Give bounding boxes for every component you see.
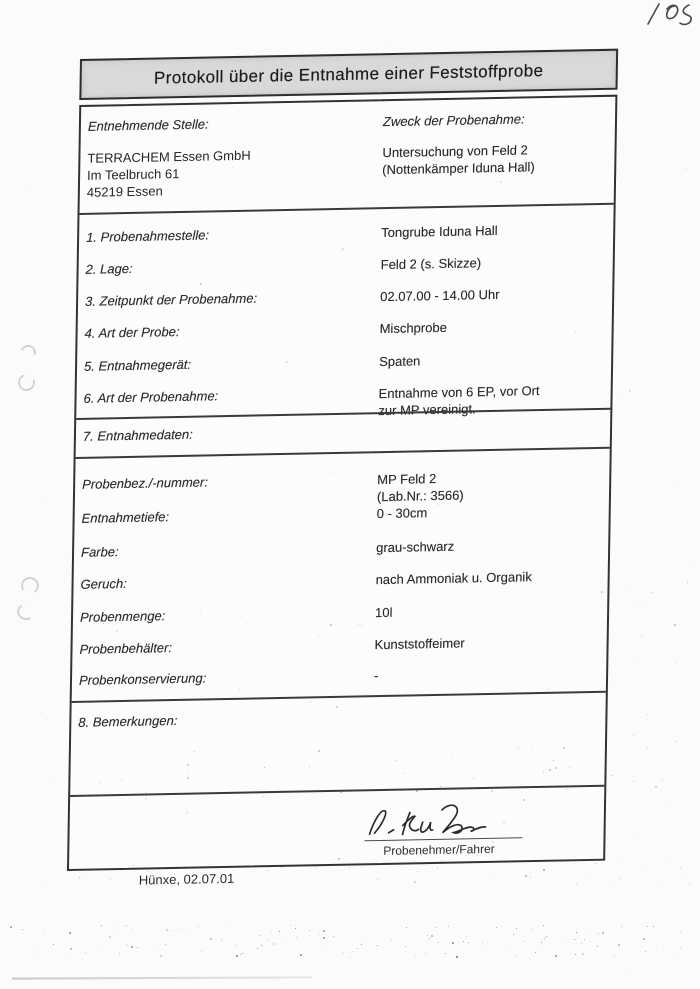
scan-noise-speck: [343, 952, 344, 953]
scan-noise-speck: [626, 585, 627, 586]
hole-punch-mark: [18, 343, 38, 363]
scan-noise-speck: [236, 955, 238, 957]
label-art-der-probenahme: 6. Art der Probenahme:: [83, 388, 218, 406]
value-probenahmestelle: Tongrube Iduna Hall: [381, 222, 498, 241]
scan-noise-speck: [133, 865, 134, 866]
scan-noise-speck: [100, 782, 101, 783]
scan-noise-speck: [440, 860, 441, 861]
scan-noise-speck: [158, 945, 159, 946]
scan-noise-speck: [165, 944, 166, 945]
scan-noise-speck: [614, 883, 615, 884]
scan-noise-speck: [324, 951, 325, 952]
scan-noise-speck: [415, 348, 416, 349]
scan-noise-speck: [223, 761, 224, 762]
scan-noise-speck: [687, 874, 688, 875]
scan-noise-speck: [187, 769, 188, 770]
scan-noise-speck: [323, 930, 325, 932]
scan-noise-speck: [657, 881, 658, 882]
scan-noise-speck: [69, 956, 70, 957]
scan-noise-speck: [492, 852, 493, 853]
scan-noise-speck: [319, 934, 320, 935]
label-bemerkungen: 8. Bemerkungen:: [78, 713, 177, 730]
scan-noise-speck: [685, 168, 687, 170]
scan-noise-speck: [121, 779, 122, 780]
scan-noise-speck: [415, 956, 416, 957]
scan-noise-speck: [166, 929, 168, 931]
scan-noise-speck: [525, 875, 527, 877]
scanned-document-page: { "page_number": "105", "title": "Protok…: [0, 0, 700, 989]
scan-noise-speck: [336, 706, 338, 708]
scan-noise-speck: [584, 933, 585, 934]
scan-noise-speck: [647, 747, 648, 748]
scan-noise-speck: [256, 793, 257, 794]
scan-noise-speck: [633, 605, 634, 606]
label-probenbehaelter: Probenbehälter:: [79, 640, 172, 657]
scan-noise-speck: [28, 606, 29, 607]
scan-noise-speck: [655, 786, 657, 788]
scan-noise-speck: [647, 926, 648, 927]
scan-noise-speck: [290, 925, 291, 926]
scan-noise-speck: [443, 700, 444, 701]
scan-noise-speck: [376, 878, 377, 879]
place-and-date: Hünxe, 02.07.01: [139, 871, 235, 888]
label-probenmenge: Probenmenge:: [80, 608, 166, 625]
scan-artifact-line: [12, 976, 312, 979]
scan-noise-speck: [229, 925, 230, 926]
scan-noise-speck: [264, 767, 265, 768]
scan-noise-speck: [523, 799, 525, 801]
scan-noise-speck: [101, 947, 102, 948]
scan-noise-speck: [452, 942, 454, 944]
scan-noise-speck: [646, 604, 647, 605]
scan-noise-speck: [316, 867, 317, 868]
scan-noise-speck: [576, 932, 577, 933]
scan-noise-speck: [542, 948, 543, 949]
scan-noise-speck: [515, 955, 516, 956]
scan-noise-speck: [192, 879, 193, 880]
scan-noise-speck: [235, 945, 236, 946]
scan-noise-speck: [551, 515, 553, 517]
scan-noise-speck: [358, 624, 359, 625]
scan-noise-speck: [323, 937, 325, 939]
scan-noise-speck: [267, 860, 268, 861]
scan-noise-speck: [575, 331, 576, 332]
scan-noise-speck: [598, 933, 599, 934]
scan-noise-speck: [231, 884, 232, 885]
form-title-bar: Protokoll über die Entnahme einer Festst…: [79, 49, 618, 100]
scan-noise-speck: [448, 926, 449, 927]
scan-noise-speck: [142, 760, 143, 761]
divider: [72, 691, 606, 703]
scan-noise-speck: [309, 930, 310, 931]
scan-noise-speck: [433, 551, 434, 552]
scan-noise-speck: [646, 869, 647, 870]
scan-noise-speck: [167, 774, 168, 775]
value-zeitpunkt: 02.07.00 - 14.00 Uhr: [380, 286, 500, 305]
label-entnehmende-stelle: Entnehmende Stelle:: [88, 117, 209, 134]
scan-noise-speck: [101, 925, 102, 926]
scan-noise-speck: [317, 790, 318, 791]
scan-noise-speck: [109, 936, 111, 938]
scan-noise-speck: [200, 283, 202, 285]
scan-noise-speck: [231, 697, 233, 699]
label-entnahmetiefe: Entnahmetiefe:: [82, 509, 170, 526]
scan-noise-speck: [145, 798, 147, 800]
scan-noise-speck: [391, 940, 392, 941]
handwritten-signature: [359, 797, 510, 842]
scan-noise-speck: [129, 782, 130, 783]
scan-noise-speck: [70, 948, 72, 950]
scan-noise-speck: [361, 625, 362, 626]
scan-noise-speck: [349, 956, 351, 958]
scan-noise-speck: [378, 878, 380, 880]
scan-noise-speck: [98, 693, 99, 694]
scan-noise-speck: [629, 390, 631, 392]
scan-noise-speck: [549, 769, 551, 771]
scan-noise-speck: [85, 952, 86, 953]
scan-noise-speck: [468, 942, 469, 943]
scan-noise-speck: [645, 951, 646, 952]
scan-noise-speck: [582, 953, 584, 955]
scan-noise-speck: [670, 806, 671, 807]
label-probenahmestelle: 1. Probenahmestelle:: [86, 227, 209, 244]
value-entnahmegeraet: Spaten: [379, 352, 420, 370]
scan-noise-speck: [239, 689, 240, 690]
scan-noise-speck: [267, 940, 268, 941]
scan-noise-speck: [113, 926, 114, 927]
scan-noise-speck: [567, 608, 568, 609]
scan-noise-speck: [548, 689, 549, 690]
scan-noise-speck: [281, 866, 283, 868]
scan-noise-speck: [104, 869, 105, 870]
scan-noise-speck: [32, 950, 33, 951]
scan-noise-speck: [565, 936, 566, 937]
scan-noise-speck: [349, 867, 350, 868]
scan-noise-speck: [414, 881, 416, 883]
scan-noise-speck: [145, 792, 146, 793]
value-geruch: nach Ammoniak u. Organik: [376, 568, 532, 588]
scan-noise-speck: [491, 790, 493, 792]
scan-noise-speck: [543, 772, 544, 773]
scan-noise-speck: [438, 504, 439, 505]
hole-punch-mark: [15, 371, 38, 394]
scan-noise-speck: [166, 794, 167, 795]
scan-noise-speck: [126, 944, 128, 946]
scan-noise-speck: [647, 714, 648, 715]
scan-noise-speck: [463, 941, 464, 942]
scan-noise-speck: [44, 881, 45, 882]
scan-noise-speck: [416, 790, 418, 792]
scan-noise-speck: [131, 946, 133, 948]
scan-noise-speck: [641, 635, 642, 636]
scan-noise-speck: [524, 941, 525, 942]
scan-noise-speck: [246, 623, 247, 624]
scan-noise-speck: [404, 773, 405, 774]
scan-noise-speck: [363, 936, 364, 937]
scan-noise-speck: [680, 868, 681, 869]
scan-noise-speck: [527, 695, 528, 696]
scan-noise-speck: [201, 951, 202, 952]
scan-noise-speck: [103, 746, 104, 747]
scan-noise-speck: [33, 952, 34, 953]
scan-noise-speck: [353, 225, 354, 226]
scan-noise-speck: [518, 748, 519, 749]
scan-noise-speck: [119, 953, 120, 954]
scan-noise-speck: [485, 948, 486, 949]
scan-noise-speck: [503, 822, 505, 824]
scan-noise-speck: [690, 567, 691, 568]
scan-noise-speck: [148, 871, 149, 872]
scan-noise-speck: [10, 926, 12, 928]
scan-noise-speck: [517, 206, 518, 207]
scan-noise-speck: [680, 932, 681, 933]
scan-noise-speck: [421, 855, 422, 856]
scan-noise-speck: [614, 956, 615, 957]
scan-noise-speck: [114, 933, 115, 934]
scan-noise-speck: [587, 386, 588, 387]
label-entnahmedaten: 7. Entnahmedaten:: [83, 427, 193, 444]
scan-noise-speck: [210, 938, 212, 940]
scan-noise-speck: [555, 955, 557, 957]
scan-noise-speck: [240, 954, 241, 955]
scan-noise-speck: [126, 925, 127, 926]
scan-noise-speck: [267, 870, 268, 871]
scan-noise-speck: [300, 954, 302, 956]
scan-noise-speck: [342, 650, 343, 651]
scan-noise-speck: [674, 486, 675, 487]
scan-noise-speck: [417, 871, 418, 872]
label-probenkonservierung: Probenkonservierung:: [79, 670, 206, 687]
scan-noise-speck: [516, 928, 517, 929]
scan-noise-speck: [653, 926, 654, 927]
scan-noise-speck: [510, 945, 511, 946]
scan-noise-speck: [656, 949, 657, 950]
value-entnehmende-stelle-address: TERRACHEM Essen GmbH Im Teelbruch 61 452…: [87, 147, 251, 201]
value-entnahmetiefe: 0 - 30cm: [377, 504, 428, 522]
scan-noise-speck: [261, 945, 262, 946]
scan-noise-speck: [445, 953, 446, 954]
scan-noise-speck: [546, 936, 547, 937]
scan-noise-speck: [674, 624, 676, 626]
scan-noise-speck: [442, 860, 443, 861]
scan-noise-speck: [527, 172, 528, 173]
scan-noise-speck: [377, 945, 378, 946]
scan-noise-speck: [419, 690, 420, 691]
scan-noise-speck: [271, 931, 272, 932]
scan-noise-speck: [169, 783, 171, 785]
value-art-der-probe: Mischprobe: [380, 319, 447, 337]
scan-noise-speck: [137, 947, 138, 948]
scan-noise-speck: [170, 930, 171, 931]
scan-noise-speck: [330, 473, 331, 474]
value-probenbezeichnung: MP Feld 2 (Lab.Nr.: 3566): [377, 469, 464, 505]
scan-noise-speck: [437, 868, 438, 869]
scan-noise-speck: [132, 929, 133, 930]
scan-noise-speck: [428, 761, 429, 762]
scan-noise-speck: [24, 191, 25, 192]
scan-noise-speck: [41, 498, 42, 499]
scan-noise-speck: [427, 935, 428, 936]
scan-noise-speck: [389, 41, 390, 42]
label-art-der-probe: 4. Art der Probe:: [84, 324, 179, 341]
scan-noise-speck: [435, 927, 436, 928]
scan-noise-speck: [213, 869, 214, 870]
value-lage: Feld 2 (s. Skizze): [381, 254, 482, 273]
scan-noise-speck: [689, 884, 690, 885]
scan-noise-speck: [466, 936, 467, 937]
scan-noise-speck: [440, 786, 441, 787]
scan-noise-speck: [41, 712, 42, 713]
scan-noise-speck: [643, 938, 645, 940]
scan-noise-speck: [110, 879, 111, 880]
value-probenmenge: 10l: [375, 604, 393, 621]
scan-noise-speck: [532, 929, 533, 930]
scan-noise-speck: [543, 869, 545, 871]
scan-noise-speck: [611, 775, 612, 776]
scan-noise-speck: [361, 944, 362, 945]
scan-noise-speck: [296, 937, 297, 938]
scan-noise-speck: [500, 181, 502, 183]
scan-noise-speck: [496, 927, 497, 928]
divider: [70, 785, 604, 797]
scan-noise-speck: [221, 939, 222, 940]
scan-noise-speck: [513, 934, 514, 935]
scan-noise-speck: [502, 625, 503, 626]
scan-noise-speck: [427, 871, 428, 872]
scan-noise-speck: [22, 929, 23, 930]
scan-noise-speck: [634, 834, 635, 835]
scan-noise-speck: [371, 193, 372, 194]
scan-noise-speck: [626, 973, 627, 974]
scan-noise-speck: [309, 766, 310, 767]
scan-noise-speck: [103, 623, 104, 624]
scan-noise-speck: [191, 931, 192, 932]
scan-noise-speck: [198, 926, 199, 927]
scan-noise-speck: [84, 875, 85, 876]
label-entnahmegeraet: 5. Entnahmegerät:: [84, 357, 191, 374]
scan-noise-speck: [662, 780, 663, 781]
scan-noise-speck: [116, 630, 117, 631]
scan-noise-speck: [680, 948, 681, 949]
scan-noise-speck: [405, 946, 406, 947]
scan-noise-speck: [342, 248, 344, 250]
value-probenkonservierung: -: [374, 667, 379, 684]
scan-noise-speck: [543, 925, 544, 926]
label-geruch: Geruch:: [80, 576, 127, 592]
scan-noise-speck: [602, 932, 604, 934]
label-probenbezeichnung: Probenbez./-nummer:: [82, 474, 208, 491]
scan-noise-speck: [675, 741, 676, 742]
scan-noise-speck: [81, 143, 82, 144]
scan-noise-speck: [633, 735, 634, 736]
scan-noise-speck: [218, 877, 219, 878]
scan-noise-speck: [414, 861, 416, 863]
scan-noise-speck: [257, 948, 258, 949]
scan-noise-speck: [232, 167, 233, 168]
scan-noise-speck: [187, 777, 189, 779]
scan-noise-speck: [172, 299, 173, 300]
scan-noise-speck: [574, 939, 575, 940]
label-lage: 2. Lage:: [86, 261, 133, 277]
scan-noise-speck: [494, 878, 495, 879]
scan-noise-speck: [621, 926, 622, 927]
divider: [79, 203, 613, 215]
scan-noise-speck: [178, 929, 179, 930]
scan-noise-speck: [273, 943, 275, 945]
scan-noise-speck: [589, 876, 590, 877]
hole-punch-mark: [20, 576, 41, 596]
scan-noise-speck: [666, 859, 667, 860]
value-probenbehaelter: Kunststoffeimer: [374, 634, 464, 653]
scan-noise-speck: [473, 778, 474, 779]
scan-noise-speck: [569, 767, 570, 768]
scan-noise-speck: [43, 929, 44, 930]
scan-noise-speck: [530, 877, 531, 878]
scan-noise-speck: [53, 944, 54, 945]
scan-noise-speck: [687, 582, 688, 583]
scan-noise-speck: [476, 854, 478, 856]
scan-noise-speck: [535, 952, 536, 953]
scan-noise-speck: [597, 946, 598, 947]
scan-noise-speck: [286, 361, 288, 363]
scan-noise-speck: [621, 394, 622, 395]
scan-noise-speck: [618, 944, 620, 946]
scan-noise-speck: [429, 938, 430, 939]
scan-noise-speck: [541, 942, 542, 943]
label-zweck-probenahme: Zweck der Probenahme:: [383, 110, 525, 130]
handwritten-page-number: [640, 0, 700, 30]
scan-noise-speck: [121, 860, 122, 861]
hole-punch-mark: [15, 602, 37, 622]
scan-noise-speck: [330, 624, 332, 626]
scan-noise-speck: [352, 951, 353, 952]
scan-noise-speck: [576, 883, 577, 884]
scan-noise-speck: [174, 881, 175, 882]
scan-noise-speck: [544, 938, 545, 939]
scan-noise-speck: [492, 841, 494, 843]
scan-noise-speck: [186, 812, 188, 814]
scan-noise-speck: [69, 932, 71, 934]
scan-noise-speck: [452, 754, 453, 755]
form-body: Entnehmende Stelle: Zweck der Probenahme…: [67, 95, 617, 871]
scan-noise-speck: [309, 701, 311, 703]
scan-noise-speck: [633, 781, 634, 782]
form-title: Protokoll über die Entnahme einer Festst…: [154, 61, 544, 88]
scan-noise-speck: [242, 953, 243, 954]
scan-noise-speck: [401, 620, 402, 621]
scan-noise-speck: [487, 861, 488, 862]
scan-noise-speck: [333, 936, 334, 937]
scan-noise-speck: [318, 750, 320, 752]
signature-role-label: Probenehmer/Fahrer: [383, 842, 495, 858]
divider: [76, 447, 610, 459]
scan-noise-speck: [529, 860, 530, 861]
scan-noise-speck: [200, 613, 201, 614]
scan-noise-speck: [48, 780, 49, 781]
scan-noise-speck: [431, 935, 433, 937]
scan-noise-speck: [79, 877, 80, 878]
scan-noise-speck: [601, 591, 603, 593]
label-farbe: Farbe:: [81, 544, 119, 560]
scan-noise-speck: [259, 935, 260, 936]
scan-noise-speck: [295, 928, 296, 929]
scan-noise-speck: [457, 956, 458, 957]
scan-noise-speck: [619, 878, 620, 879]
scan-noise-speck: [529, 274, 530, 275]
scan-noise-speck: [160, 955, 162, 957]
scan-noise-speck: [553, 760, 554, 761]
scan-noise-speck: [184, 879, 185, 880]
